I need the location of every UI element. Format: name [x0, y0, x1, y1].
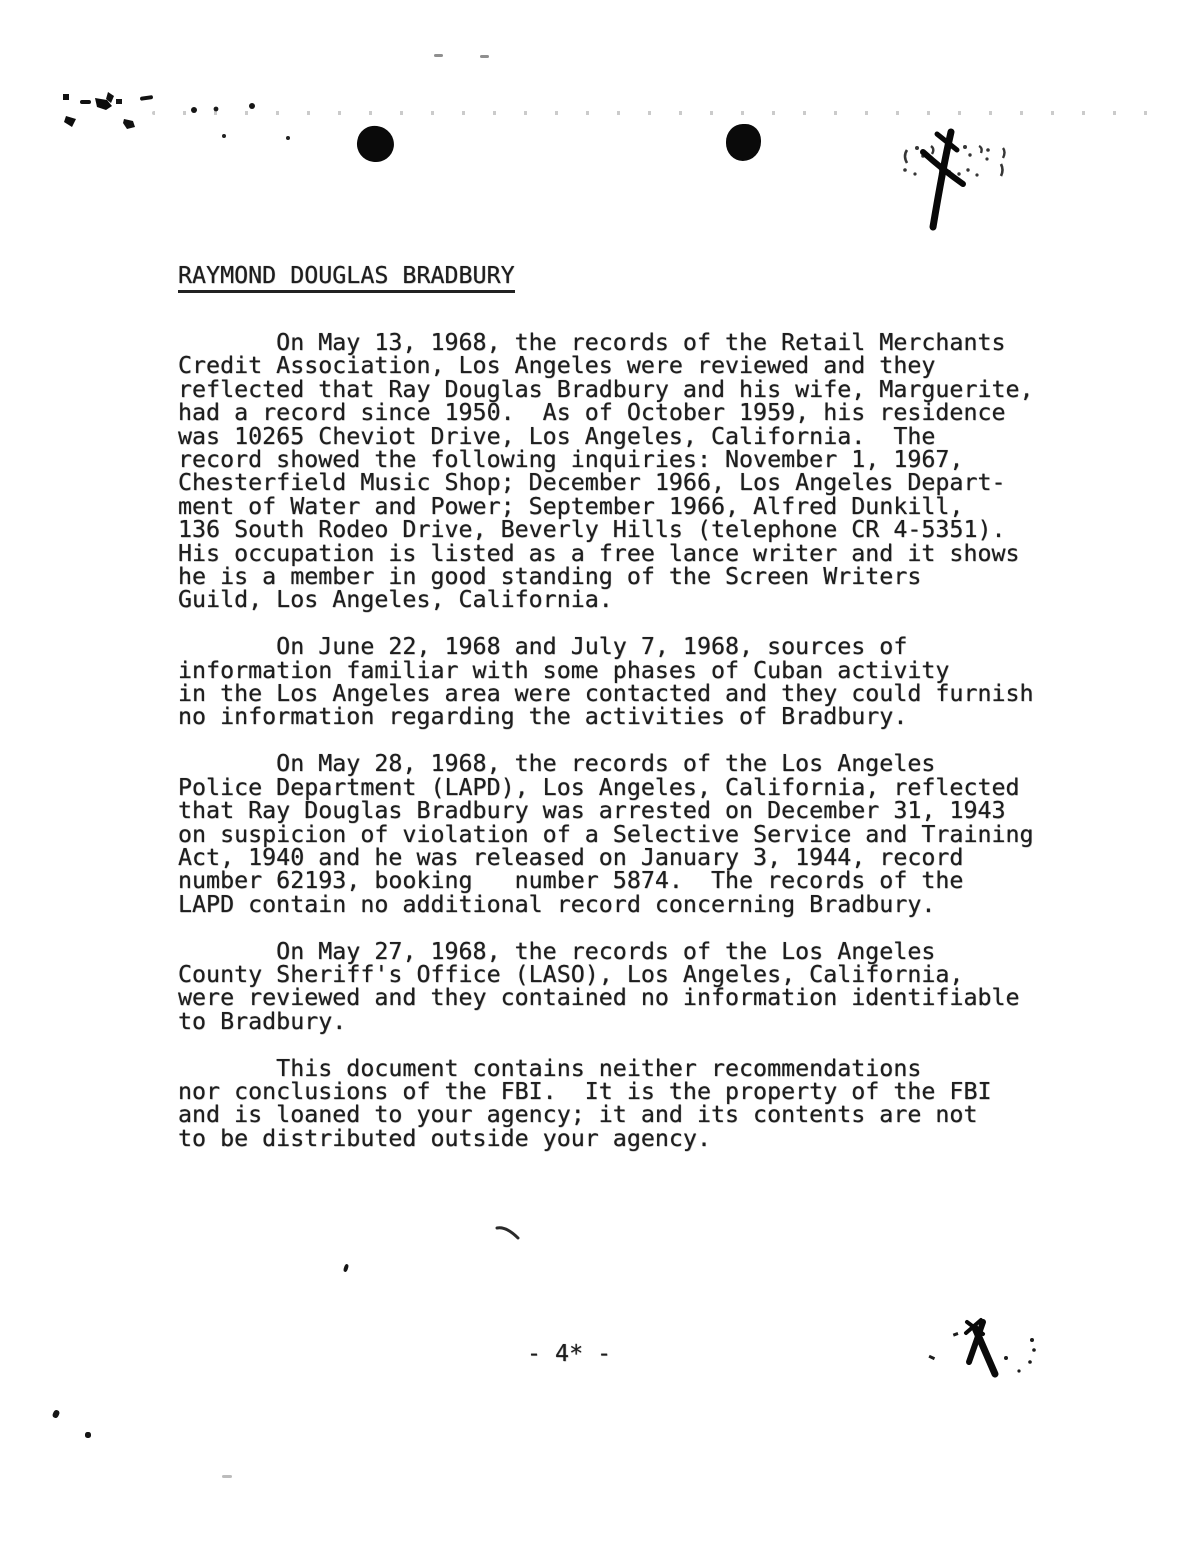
paragraph: On May 13, 1968, the records of the Reta…	[178, 331, 1078, 612]
scanned-document-page: RAYMOND DOUGLAS BRADBURY On May 13, 1968…	[0, 0, 1200, 1553]
scan-speck	[222, 1475, 232, 1478]
scan-speck	[434, 54, 443, 57]
document-body: On May 13, 1968, the records of the Reta…	[178, 331, 1078, 1174]
scan-speck	[52, 1409, 61, 1419]
paragraph: On June 22, 1968 and July 7, 1968, sourc…	[178, 635, 1078, 729]
paragraph: This document contains neither recommend…	[178, 1057, 1078, 1151]
document-title: RAYMOND DOUGLAS BRADBURY	[178, 264, 515, 293]
x-pen-mark	[920, 1300, 1055, 1390]
punch-hole-icon	[355, 124, 397, 165]
scan-speck	[480, 55, 489, 58]
paragraph: On May 28, 1968, the records of the Los …	[178, 752, 1078, 916]
crossed-out-stamp-icon	[893, 122, 1033, 242]
page-number: - 4* -	[527, 1340, 611, 1367]
pen-curve-mark	[494, 1224, 524, 1246]
dotted-scanline	[152, 111, 1160, 115]
paragraph: On May 27, 1968, the records of the Los …	[178, 940, 1078, 1034]
scan-speck	[85, 1432, 91, 1438]
punch-hole-icon	[726, 124, 761, 161]
scan-speck	[343, 1264, 349, 1273]
